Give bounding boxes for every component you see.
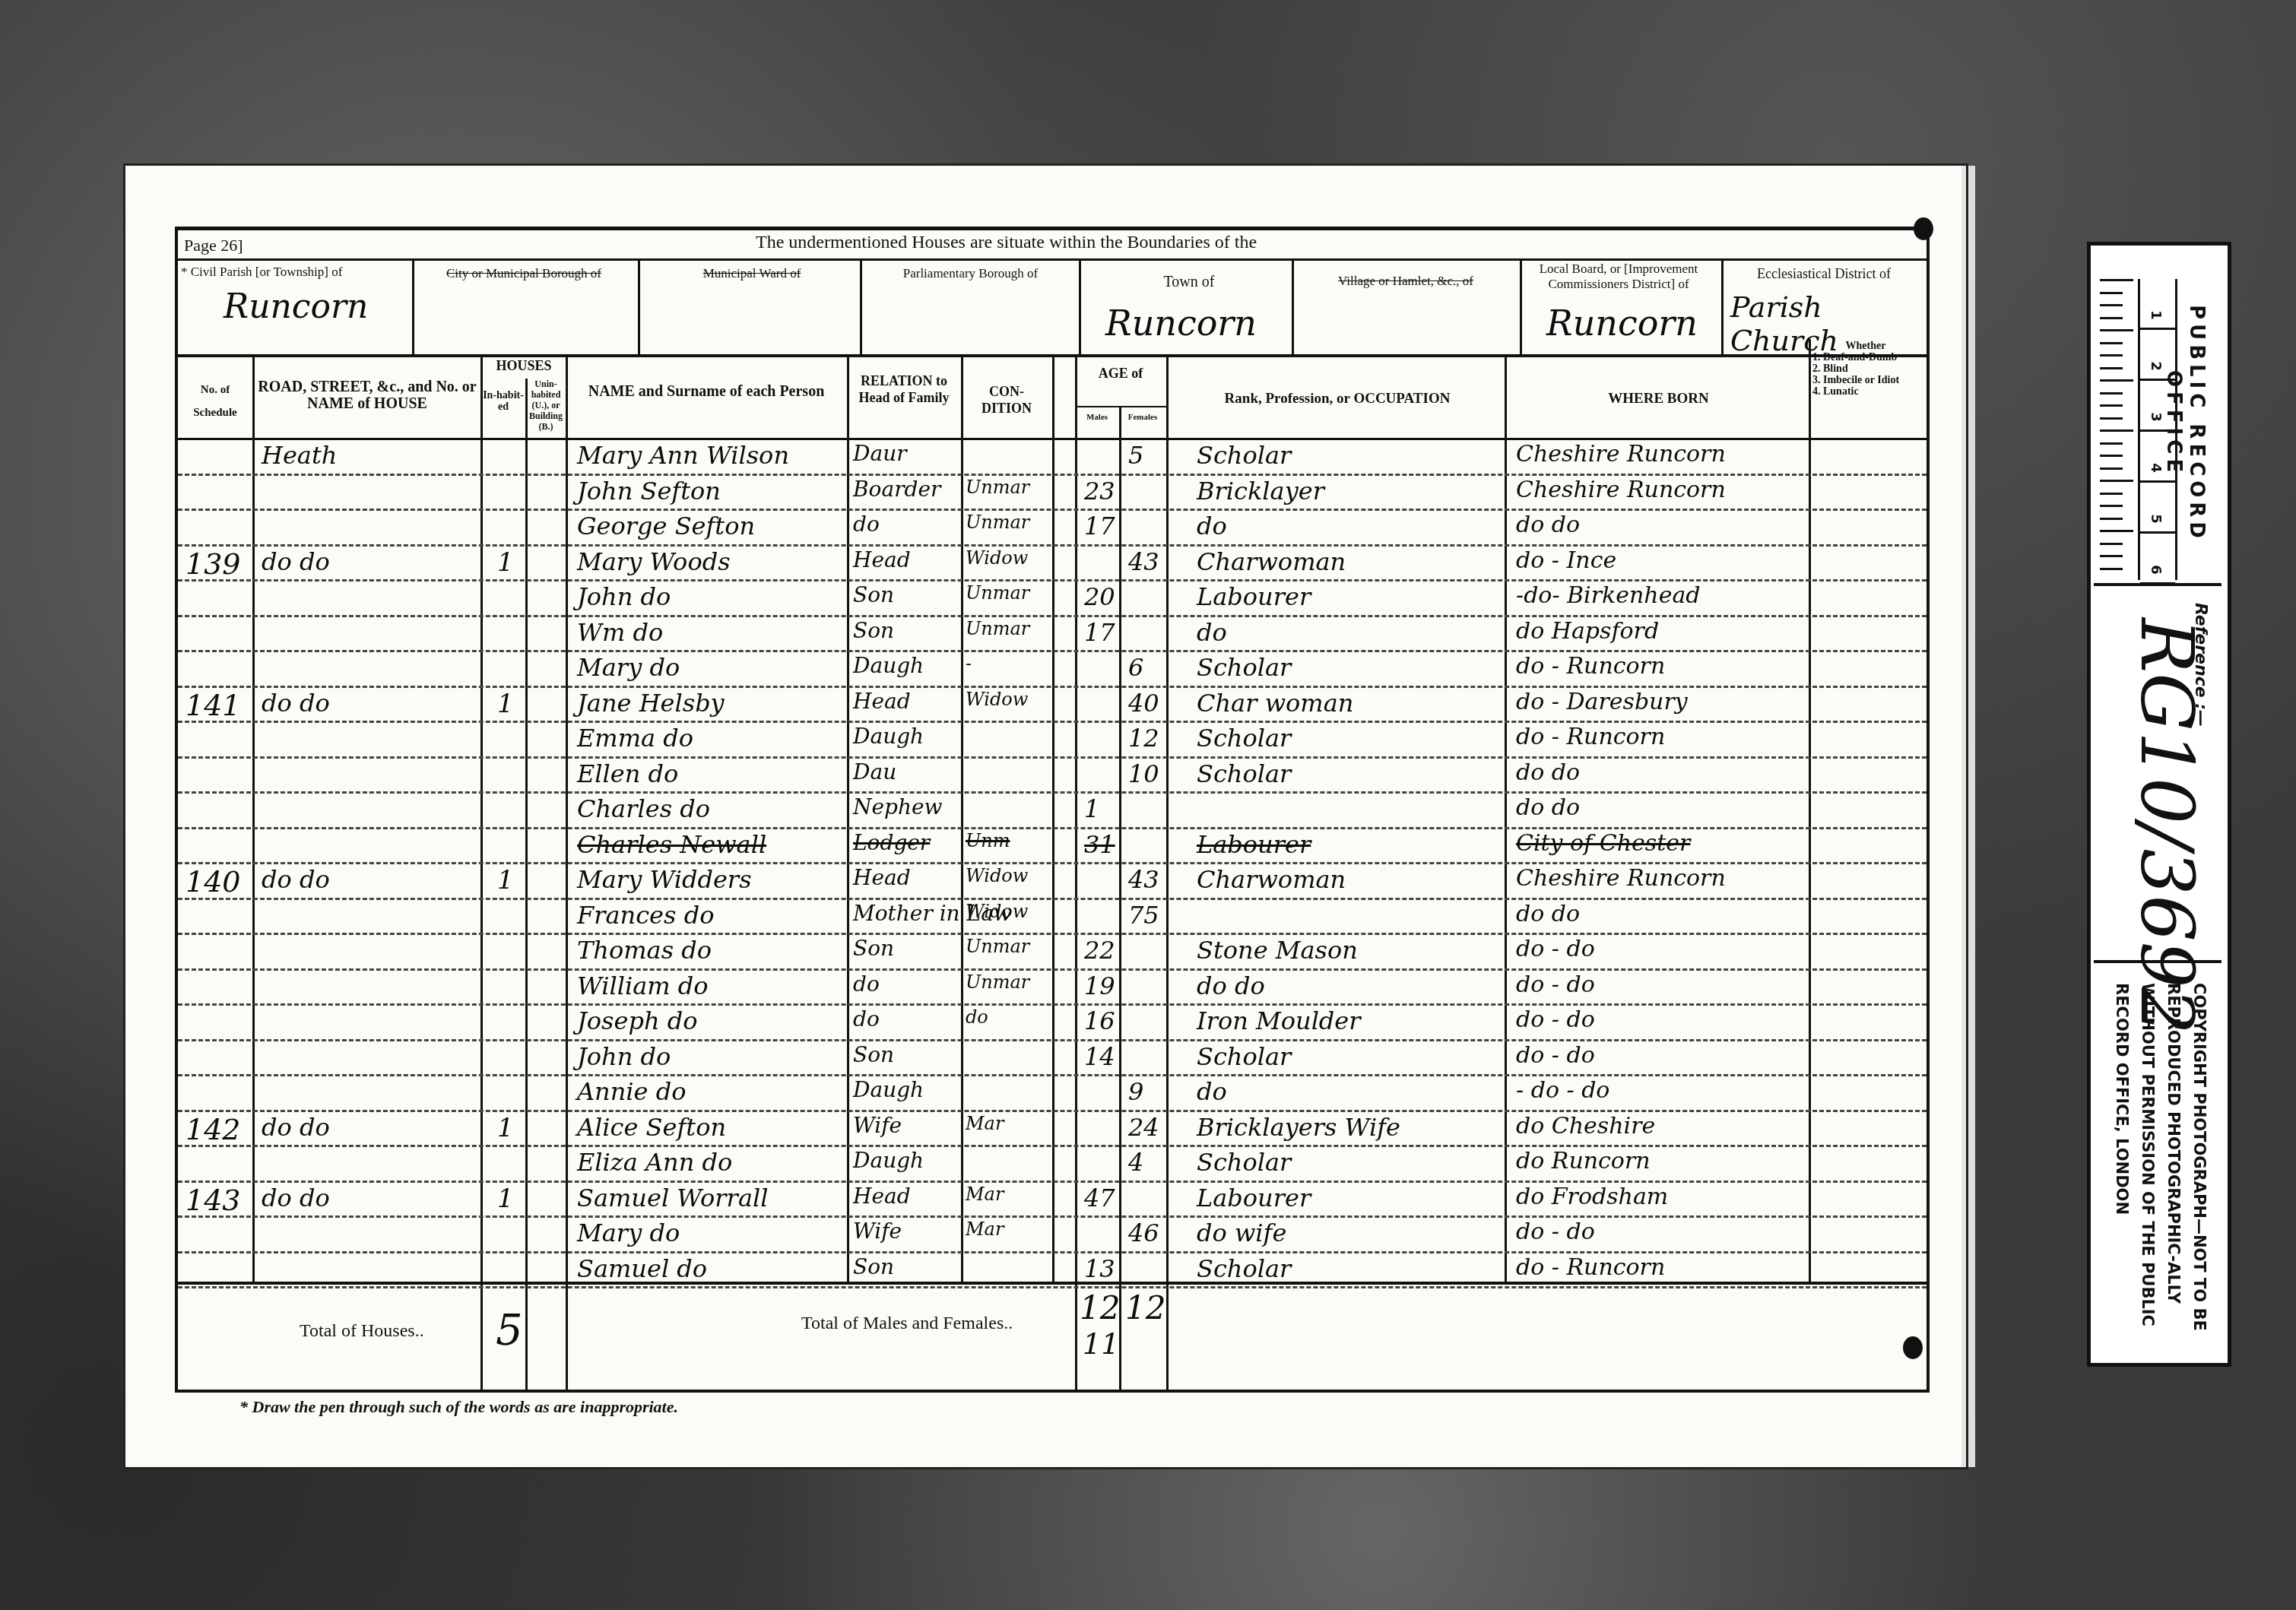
relation: Daur: [853, 441, 907, 466]
birthplace: do - do: [1516, 1219, 1595, 1245]
person-name: Samuel do: [577, 1254, 707, 1283]
row-rule: [178, 579, 1927, 582]
person-name: Eliza Ann do: [577, 1148, 732, 1177]
female-age: 5: [1128, 441, 1143, 470]
ruler-tick: [2100, 455, 2123, 457]
occupation: Scholar: [1197, 1148, 1291, 1177]
person-name: Alice Sefton: [577, 1113, 726, 1142]
road-name: do do: [262, 1113, 330, 1142]
relation: Boarder: [853, 477, 940, 502]
header-schedule: No. of Schedule: [181, 379, 249, 424]
male-age: 17: [1084, 618, 1115, 647]
boundary-label: * Civil Parish [or Township] of: [181, 265, 409, 280]
road-name: do do: [262, 689, 330, 718]
ruler-tick: [2100, 505, 2123, 507]
female-age: 10: [1128, 759, 1159, 788]
ruler-tick: [2100, 480, 2133, 482]
relation: Lodger: [853, 830, 930, 855]
birthplace: do do: [1516, 512, 1580, 538]
row-rule: [178, 650, 1927, 652]
person-name: Mary Ann Wilson: [577, 441, 789, 470]
infirmity-option: 1. Deaf-and-Dumb: [1812, 352, 1919, 363]
header-occupation: Rank, Profession, or OCCUPATION: [1174, 391, 1501, 407]
schedule-number: 139: [186, 547, 241, 581]
row-rule: [178, 791, 1927, 794]
infirmity-option: 4. Lunatic: [1812, 386, 1919, 398]
total-males-value: 12: [1080, 1289, 1120, 1326]
infirmity-option: 2. Blind: [1812, 363, 1919, 375]
person-name: Emma do: [577, 724, 693, 753]
schedule-number: 140: [186, 865, 241, 898]
male-age: 14: [1084, 1042, 1115, 1071]
occupation: Scholar: [1197, 759, 1291, 788]
row-rule: [178, 509, 1927, 511]
row-rule: [178, 1181, 1927, 1183]
relation: Head: [853, 689, 911, 714]
person-name: Mary Widders: [577, 865, 752, 894]
occupation: Scholar: [1197, 1042, 1291, 1071]
birthplace: Cheshire Runcorn: [1516, 477, 1726, 503]
male-age: 47: [1084, 1184, 1115, 1212]
relation: Head: [853, 865, 911, 890]
birthplace: do - do: [1516, 1006, 1595, 1033]
schedule-number: 141: [186, 689, 241, 722]
condition: Widow: [966, 901, 1028, 922]
civil-parish-value: Runcorn: [224, 287, 368, 326]
occupation: Iron Moulder: [1197, 1006, 1361, 1035]
birthplace: - do - do: [1516, 1077, 1609, 1104]
occupation: Labourer: [1197, 582, 1311, 611]
birthplace: do Hapsford: [1516, 618, 1659, 645]
schedule-number: 142: [186, 1113, 241, 1146]
condition: -: [966, 653, 972, 674]
condition: Unmar: [966, 936, 1029, 957]
person-name: Jane Helsby: [577, 689, 725, 718]
birthplace: do - Runcorn: [1516, 653, 1665, 680]
public-record-office-card: 1 2 3 4 5 6 PUBLIC RECORD OFFICE Referen…: [2087, 242, 2231, 1367]
row-rule: [178, 898, 1927, 900]
person-name: Ellen do: [577, 759, 678, 788]
boundary-label: Local Board, or [Improvement Commissione…: [1524, 261, 1714, 292]
occupation: Bricklayers Wife: [1197, 1113, 1400, 1142]
occupation: Labourer: [1197, 1184, 1311, 1212]
relation: Wife: [853, 1219, 902, 1244]
ruler-number: 1: [2148, 310, 2164, 320]
row-rule: [178, 544, 1927, 547]
total-females-value: 12: [1125, 1289, 1165, 1326]
occupation: Scholar: [1197, 1254, 1291, 1283]
condition: Unmar: [966, 971, 1029, 993]
header-uninhabited: Unin-habited (U.), or Building (B.): [527, 379, 565, 432]
condition: Mar: [966, 1113, 1004, 1134]
ruler-title: PUBLIC RECORD OFFICE: [2177, 264, 2208, 583]
row-rule: [178, 756, 1927, 759]
condition: Mar: [966, 1219, 1004, 1240]
relation: Dau: [853, 759, 896, 784]
birthplace: do Runcorn: [1516, 1148, 1651, 1174]
female-age: 40: [1128, 689, 1159, 718]
ruler-number: 4: [2148, 463, 2164, 473]
male-age: 23: [1084, 477, 1115, 506]
relation: Son: [853, 1254, 894, 1279]
male-age: 20: [1084, 582, 1115, 611]
relation: Son: [853, 936, 894, 961]
boundary-label: Town of: [1083, 274, 1295, 291]
relation: Son: [853, 582, 894, 607]
road-name: do do: [262, 865, 330, 894]
footnote: * Draw the pen through such of the words…: [239, 1397, 678, 1417]
page-label: Page 26]: [184, 236, 243, 255]
ruler-tick: [2100, 292, 2123, 294]
copyright-notice: COPYRIGHT PHOTOGRAPH—NOT TO BE REPRODUCE…: [2109, 983, 2212, 1340]
ruler-number: 3: [2148, 412, 2164, 422]
row-rule: [178, 686, 1927, 688]
row-rule: [178, 1039, 1927, 1041]
relation: Daugh: [853, 1077, 924, 1102]
ruler-tick: [2100, 379, 2133, 382]
male-age: 19: [1084, 971, 1115, 1000]
census-page: Page 26] The undermentioned Houses are s…: [125, 166, 1966, 1467]
person-name: Samuel Worrall: [577, 1184, 768, 1212]
occupation: Scholar: [1197, 441, 1291, 470]
condition: Unmar: [966, 618, 1029, 639]
banner-title: The undermentioned Houses are situate wi…: [756, 233, 1257, 253]
occupation: do: [1197, 618, 1227, 647]
schedule-number: 143: [186, 1184, 241, 1217]
birthplace: do do: [1516, 901, 1580, 927]
occupation: Scholar: [1197, 653, 1291, 682]
ruler-tick: [2100, 279, 2133, 281]
occupation: Charwoman: [1197, 865, 1346, 894]
ruler-tick: [2100, 518, 2123, 520]
relation: Wife: [853, 1113, 902, 1138]
reference-box: Reference :— RG10/3692: [2094, 588, 2221, 963]
row-rule: [178, 474, 1927, 476]
local-board-value: Runcorn: [1546, 303, 1698, 344]
female-age: 9: [1128, 1077, 1143, 1106]
female-age: 43: [1128, 865, 1159, 894]
occupation: Scholar: [1197, 724, 1291, 753]
row-rule: [178, 827, 1927, 829]
person-name: John do: [577, 1042, 671, 1071]
female-age: 46: [1128, 1219, 1159, 1247]
occupation: Labourer: [1197, 830, 1311, 859]
birthplace: City of Chester: [1516, 830, 1690, 857]
birthplace: -do- Birkenhead: [1516, 582, 1700, 609]
infirmity-option: 3. Imbecile or Idiot: [1812, 375, 1919, 386]
ruler-ticks: [2100, 279, 2136, 580]
total-houses-label: Total of Houses..: [300, 1321, 424, 1342]
header-inhabited: In-habit-ed: [482, 390, 525, 413]
female-age: 4: [1128, 1148, 1143, 1177]
ruler-tick: [2100, 442, 2123, 445]
boundary-label: City or Municipal Borough of: [421, 266, 626, 281]
condition: Unmar: [966, 512, 1029, 533]
ruler-tick: [2100, 367, 2123, 369]
occupation: Bricklayer: [1197, 477, 1324, 506]
male-age: 13: [1084, 1254, 1115, 1283]
header-age: AGE of: [1077, 365, 1165, 382]
condition: do: [966, 1006, 988, 1028]
ruler-number: 6: [2148, 565, 2164, 575]
relation: do: [853, 512, 880, 537]
ruler-tick: [2100, 317, 2123, 319]
relation: Daugh: [853, 653, 924, 678]
person-name: Mary do: [577, 1219, 680, 1247]
ruler-tick: [2100, 329, 2133, 331]
occupation: Char woman: [1197, 689, 1353, 718]
relation: do: [853, 1006, 880, 1032]
ruler-tick: [2100, 530, 2133, 532]
ruler-tick: [2100, 342, 2123, 344]
ruler-tick: [2100, 404, 2123, 407]
boundary-label: Parliamentary Borough of: [866, 266, 1075, 281]
road-name: do do: [262, 547, 330, 576]
total-houses-value: 5: [496, 1306, 523, 1355]
occupation: do do: [1197, 971, 1265, 1000]
relation: Head: [853, 547, 911, 572]
person-name: Thomas do: [577, 936, 712, 965]
birthplace: do - do: [1516, 936, 1595, 962]
relation: Son: [853, 618, 894, 643]
birthplace: do - Ince: [1516, 547, 1616, 574]
header-road: ROAD, STREET, &c., and No. or NAME of HO…: [257, 379, 477, 412]
birthplace: Cheshire Runcorn: [1516, 441, 1726, 467]
header-infirmity: Whether 1. Deaf-and-Dumb 2. Blind 3. Imb…: [1812, 341, 1919, 398]
condition: Mar: [966, 1184, 1004, 1205]
occupation: Stone Mason: [1197, 936, 1358, 965]
ruler-tick: [2100, 555, 2123, 557]
town-value: Runcorn: [1105, 303, 1257, 344]
row-rule: [178, 862, 1927, 864]
person-name: William do: [577, 971, 709, 1000]
header-where-born: WHERE BORN: [1512, 391, 1805, 407]
female-age: 43: [1128, 547, 1159, 576]
row-rule: [178, 1110, 1927, 1112]
row-rule: [178, 1251, 1927, 1253]
occupation: Charwoman: [1197, 547, 1346, 576]
birthplace: do - do: [1516, 971, 1595, 998]
ruler-number: 2: [2148, 361, 2164, 371]
inhabited-count: 1: [497, 1184, 514, 1214]
road-name: do do: [262, 1184, 330, 1212]
person-name: Mary do: [577, 653, 680, 682]
condition: Widow: [966, 689, 1028, 710]
person-name: John Sefton: [577, 477, 721, 506]
boundary-label: Ecclesiastical District of: [1725, 266, 1923, 282]
person-name: John do: [577, 582, 671, 611]
occupation: do: [1197, 1077, 1227, 1106]
inhabited-count: 1: [497, 689, 514, 719]
row-rule: [178, 1215, 1927, 1218]
relation: Son: [853, 1042, 894, 1067]
header-houses: HOUSES: [482, 357, 566, 374]
copyright-box: COPYRIGHT PHOTOGRAPH—NOT TO BE REPRODUCE…: [2094, 968, 2221, 1348]
ruler-tick: [2100, 429, 2133, 432]
relation: Nephew: [853, 794, 943, 819]
person-name: George Sefton: [577, 512, 755, 540]
relation: Head: [853, 1184, 911, 1209]
measurement-ruler: 1 2 3 4 5 6 PUBLIC RECORD OFFICE: [2094, 249, 2221, 586]
condition: Unmar: [966, 477, 1029, 498]
header-males: Males: [1077, 412, 1118, 423]
person-name: Frances do: [577, 901, 714, 930]
ruler-number: 5: [2148, 514, 2164, 524]
female-age: 6: [1128, 653, 1143, 682]
condition: Widow: [966, 547, 1028, 569]
row-rule: [178, 1286, 1927, 1288]
row-rule: [178, 1003, 1927, 1006]
person-name: Wm do: [577, 618, 663, 647]
female-age: 75: [1128, 901, 1159, 930]
person-name: Charles do: [577, 794, 710, 823]
inhabited-count: 1: [497, 547, 514, 578]
boundary-label: Village or Hamlet, &c., of: [1299, 274, 1512, 289]
inhabited-count: 1: [497, 865, 514, 895]
inhabited-count: 1: [497, 1113, 514, 1143]
row-rule: [178, 615, 1927, 617]
row-rule: [178, 968, 1927, 971]
census-form: Page 26] The undermentioned Houses are s…: [175, 227, 1930, 1393]
male-age: 16: [1084, 1006, 1115, 1035]
male-age: 31: [1084, 830, 1115, 859]
person-name: Annie do: [577, 1077, 686, 1106]
row-rule: [178, 721, 1927, 723]
male-age: 22: [1084, 936, 1115, 965]
female-age: 12: [1128, 724, 1159, 753]
relation: do: [853, 971, 880, 997]
boundary-label: Municipal Ward of: [645, 266, 858, 281]
birthplace: Cheshire Runcorn: [1516, 865, 1726, 892]
ruler-tick: [2100, 493, 2123, 495]
female-age: 24: [1128, 1113, 1159, 1142]
header-condition: CON-DITION: [965, 383, 1048, 417]
ruler-tick: [2100, 392, 2123, 395]
birthplace: do - Runcorn: [1516, 1254, 1665, 1281]
person-name: Charles Newall: [577, 830, 766, 859]
relation: Daugh: [853, 724, 924, 749]
occupation: do wife: [1197, 1219, 1286, 1247]
total-males-corrected: 11: [1083, 1327, 1119, 1361]
male-age: 1: [1084, 794, 1099, 823]
person-name: Joseph do: [577, 1006, 697, 1035]
total-persons-label: Total of Males and Females..: [801, 1314, 1013, 1334]
birthplace: do Frodsham: [1516, 1184, 1668, 1210]
ruler-tick: [2100, 304, 2123, 306]
condition: Widow: [966, 865, 1028, 886]
person-name: Mary Woods: [577, 547, 731, 576]
male-age: 17: [1084, 512, 1115, 540]
ruler-tick: [2100, 543, 2123, 545]
row-rule: [178, 933, 1927, 935]
ruler-tick: [2100, 417, 2123, 420]
birthplace: do do: [1516, 794, 1580, 821]
row-rule: [178, 1074, 1927, 1076]
birthplace: do - Daresbury: [1516, 689, 1688, 715]
occupation: do: [1197, 512, 1227, 540]
condition: Unmar: [966, 582, 1029, 604]
birthplace: do Cheshire: [1516, 1113, 1655, 1139]
ruler-tick: [2100, 467, 2123, 470]
ruler-tick: [2100, 568, 2123, 570]
row-rule: [178, 1145, 1927, 1147]
header-relation: RELATION to Head of Family: [851, 372, 957, 406]
condition: Unm: [966, 830, 1010, 851]
road-name: Heath: [262, 441, 337, 470]
header-females: Females: [1121, 412, 1165, 423]
ruler-tick: [2100, 354, 2123, 357]
birthplace: do - Runcorn: [1516, 724, 1665, 750]
header-name: NAME and Surname of each Person: [573, 383, 839, 400]
birthplace: do - do: [1516, 1042, 1595, 1069]
infirmity-title: Whether: [1812, 341, 1919, 352]
relation: Daugh: [853, 1148, 924, 1173]
birthplace: do do: [1516, 759, 1580, 786]
